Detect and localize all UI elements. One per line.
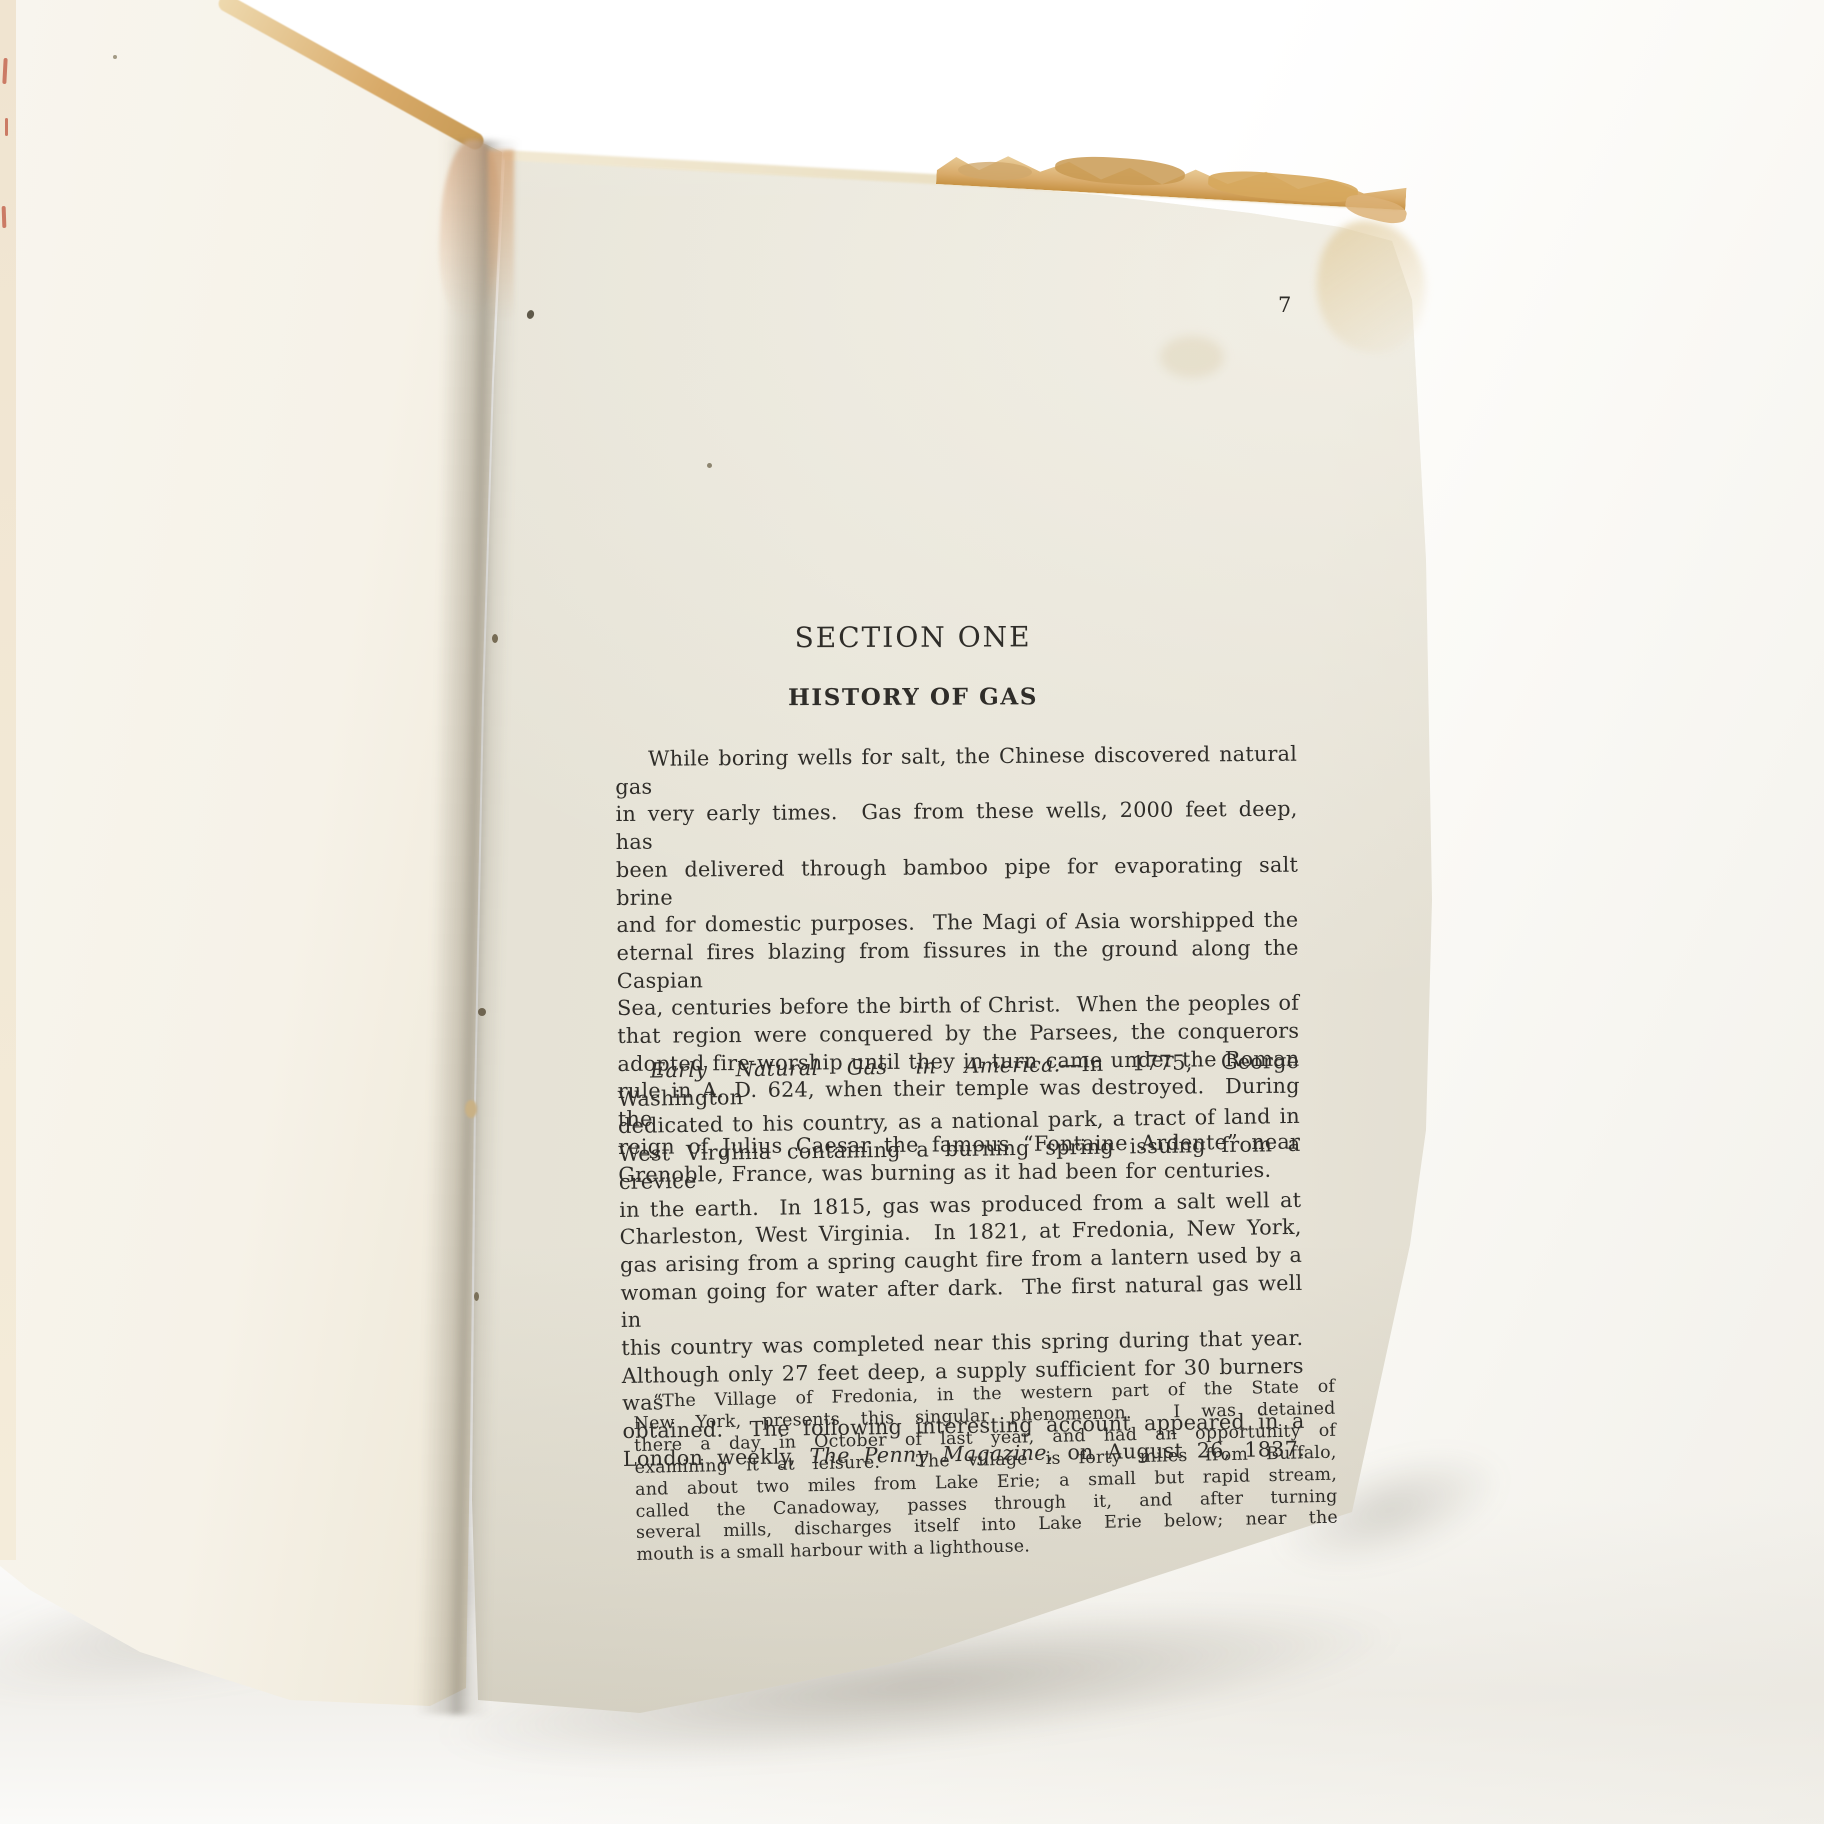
text-line: been delivered through bamboo pipe for e…	[616, 851, 1298, 912]
left-page-fore-edge	[0, 0, 16, 1560]
paper-speck	[492, 634, 498, 643]
gutter-top-tint	[488, 150, 514, 320]
section-heading: SECTION ONE	[549, 619, 1277, 655]
paper-speck	[478, 1008, 486, 1016]
page-number: 7	[1278, 293, 1291, 317]
paper-speck	[465, 1100, 477, 1118]
edge-stain-mark	[5, 118, 8, 136]
text-line: West Virginia containing a burning sprin…	[618, 1131, 1301, 1197]
text-line: in very early times. Gas from these well…	[615, 796, 1297, 857]
edge-stain-mark	[2, 206, 7, 228]
edge-stain-mark	[2, 58, 7, 84]
paper-speck	[707, 463, 712, 468]
blockquote-penny-magazine: “The Village of Fredonia, in the western…	[633, 1377, 1339, 1568]
book-photograph: 7 SECTION ONE HISTORY OF GAS While borin…	[0, 0, 1824, 1824]
text-line: While boring wells for salt, the Chinese…	[615, 741, 1297, 802]
text-line: eternal fires blazing from fissures in t…	[617, 935, 1299, 996]
text-line: Early Natural Gas in America.—In 1775, G…	[617, 1048, 1300, 1114]
text-line: woman going for water after dark. The fi…	[620, 1269, 1303, 1335]
chapter-heading: HISTORY OF GAS	[549, 682, 1277, 712]
paper-speck	[113, 55, 117, 59]
paper-stain	[1160, 336, 1224, 378]
paper-speck	[474, 1292, 479, 1301]
